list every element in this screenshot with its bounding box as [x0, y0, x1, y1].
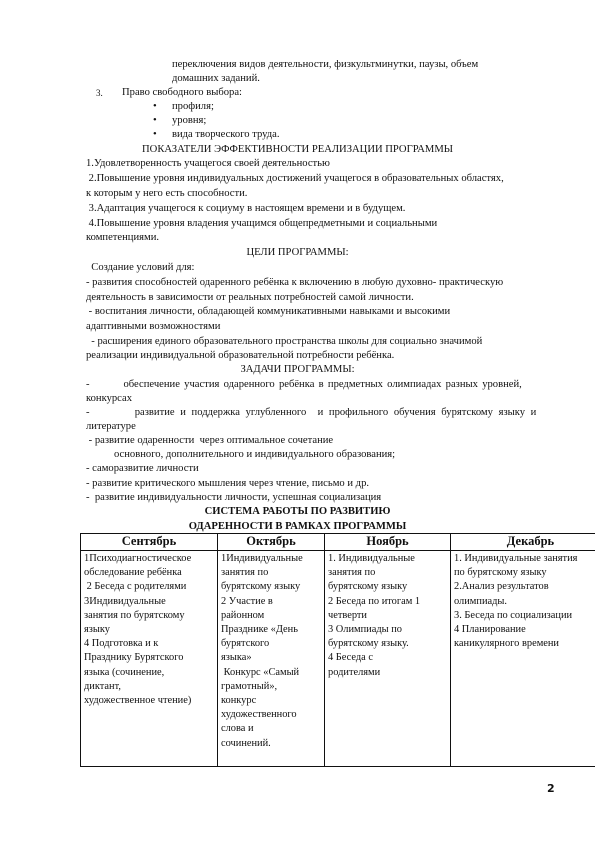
cell-november: 1. Индивидуальныезанятия побурятскому яз… [325, 551, 451, 767]
task-line: основного, дополнительного и индивидуаль… [114, 448, 395, 462]
table-header-row: Сентябрь Октябрь Ноябрь Декабрь [81, 534, 595, 551]
cell-line: языку [84, 623, 214, 637]
goal-line: реализации индивидуальной образовательно… [86, 349, 394, 363]
column-header-december: Декабрь [451, 534, 595, 551]
bullet-item-creative-work: вида творческого труда. [172, 128, 280, 142]
cell-december: 1. Индивидуальные занятияпо бурятскому я… [451, 551, 595, 767]
bullet-icon: • [153, 128, 157, 142]
cell-line: бурятскому языку [328, 580, 447, 594]
system-heading-line-1: СИСТЕМА РАБОТЫ ПО РАЗВИТИЮ [0, 505, 595, 519]
cell-line: занятия по бурятскому [84, 609, 214, 623]
cell-line: четверти [328, 609, 447, 623]
cell-line: Празднике «День [221, 623, 321, 637]
goal-line: адаптивными возможностями [86, 320, 220, 334]
cell-line: 2 Участие в [221, 595, 321, 609]
indicator-line: 3.Адаптация учащегося к социуму в настоя… [86, 202, 405, 216]
bullet-icon: • [153, 100, 157, 114]
task-line: - саморазвитие личности [86, 462, 199, 476]
cell-line: бурятскому языку [221, 580, 321, 594]
bullet-item-level: уровня; [172, 114, 206, 128]
cell-line: 3. Беседа по социализации [454, 609, 595, 623]
cell-line: районном [221, 609, 321, 623]
cell-line: 2.Анализ результатов [454, 580, 595, 594]
task-line: - развитие критического мышления через ч… [86, 477, 369, 491]
cell-line: 4 Беседа с [328, 651, 447, 665]
goal-line: Создание условий для: [86, 261, 195, 275]
goal-line: - расширения единого образовательного пр… [86, 335, 482, 349]
cell-line: художественное чтение) [84, 694, 214, 708]
intro-continuation-line-1: переключения видов деятельности, физкуль… [172, 58, 478, 72]
cell-line: слова и [221, 722, 321, 736]
goal-line: - воспитания личности, обладающей коммун… [86, 305, 450, 319]
cell-line: 2 Беседа по итогам 1 [328, 595, 447, 609]
indicator-line: к которым у него есть способности. [86, 187, 247, 201]
column-header-november: Ноябрь [325, 534, 451, 551]
cell-line: Конкурс «Самый [221, 666, 321, 680]
cell-line: 3 Олимпиады по [328, 623, 447, 637]
cell-line: по бурятскому языку [454, 566, 595, 580]
bullet-icon: • [153, 114, 157, 128]
intro-continuation-line-2: домашних заданий. [172, 72, 260, 86]
goal-line: - развития способностей одаренного ребён… [86, 276, 503, 290]
cell-line: диктант, [84, 680, 214, 694]
cell-line: обследование ребёнка [84, 566, 214, 580]
indicator-line: 1.Удовлетворенность учащегося своей деят… [86, 157, 330, 171]
cell-line: художественного [221, 708, 321, 722]
free-choice-item: Право свободного выбора: [122, 86, 242, 100]
cell-line: конкурс [221, 694, 321, 708]
monthly-plan-table: Сентябрь Октябрь Ноябрь Декабрь 1Психоди… [80, 533, 595, 767]
tasks-heading: ЗАДАЧИ ПРОГРАММЫ: [0, 363, 595, 377]
goals-heading: ЦЕЛИ ПРОГРАММЫ: [0, 246, 595, 260]
cell-line: олимпиады. [454, 595, 595, 609]
indicator-line: 4.Повышение уровня владения учащимся общ… [86, 217, 437, 231]
indicator-line: компетенциями. [86, 231, 159, 245]
cell-line: 2 Беседа с родителями [84, 580, 214, 594]
cell-line: занятия по [221, 566, 321, 580]
bullet-item-profile: профиля; [172, 100, 214, 114]
cell-line: каникулярного времени [454, 637, 595, 651]
indicator-line: 2.Повышение уровня индивидуальных достиж… [86, 172, 504, 186]
task-line: - обеспечение участия одаренного ребёнка… [86, 378, 522, 392]
system-heading-line-2: ОДАРЕННОСТИ В РАМКАХ ПРОГРАММЫ [0, 520, 595, 534]
list-number-3: 3. [96, 86, 103, 100]
cell-line: языка» [221, 651, 321, 665]
task-line: - развитие индивидуальности личности, ус… [86, 491, 381, 505]
indicators-heading: ПОКАЗАТЕЛИ ЭФФЕКТИВНОСТИ РЕАЛИЗАЦИИ ПРОГ… [0, 143, 595, 157]
page-number: 2 [547, 782, 555, 795]
cell-line: бурятского [221, 637, 321, 651]
cell-line: 4 Планирование [454, 623, 595, 637]
cell-line: 1Индивидуальные [221, 552, 321, 566]
cell-october: 1Индивидуальныезанятия побурятскому язык… [218, 551, 325, 767]
cell-line: родителями [328, 666, 447, 680]
cell-line: языка (сочинение, [84, 666, 214, 680]
task-line: конкурсах [86, 392, 132, 406]
cell-line: бурятскому языку. [328, 637, 447, 651]
cell-line: сочинений. [221, 737, 321, 751]
task-line: литературе [86, 420, 136, 434]
column-header-september: Сентябрь [81, 534, 218, 551]
cell-line: 1. Индивидуальные занятия [454, 552, 595, 566]
goal-line: деятельность в зависимости от реальных п… [86, 291, 414, 305]
cell-line: 1Психодиагностическое [84, 552, 214, 566]
column-header-october: Октябрь [218, 534, 325, 551]
task-line: - развитие и поддержка углубленного и пр… [86, 406, 536, 420]
cell-line: грамотный», [221, 680, 321, 694]
cell-line: 3Индивидуальные [84, 595, 214, 609]
cell-line: 1. Индивидуальные [328, 552, 447, 566]
cell-line: 4 Подготовка и к [84, 637, 214, 651]
table-row: 1Психодиагностическоеобследование ребёнк… [81, 551, 595, 767]
cell-september: 1Психодиагностическоеобследование ребёнк… [81, 551, 218, 767]
cell-line: Празднику Бурятского [84, 651, 214, 665]
task-line: - развитие одаренности через оптимальное… [86, 434, 333, 448]
cell-line: занятия по [328, 566, 447, 580]
